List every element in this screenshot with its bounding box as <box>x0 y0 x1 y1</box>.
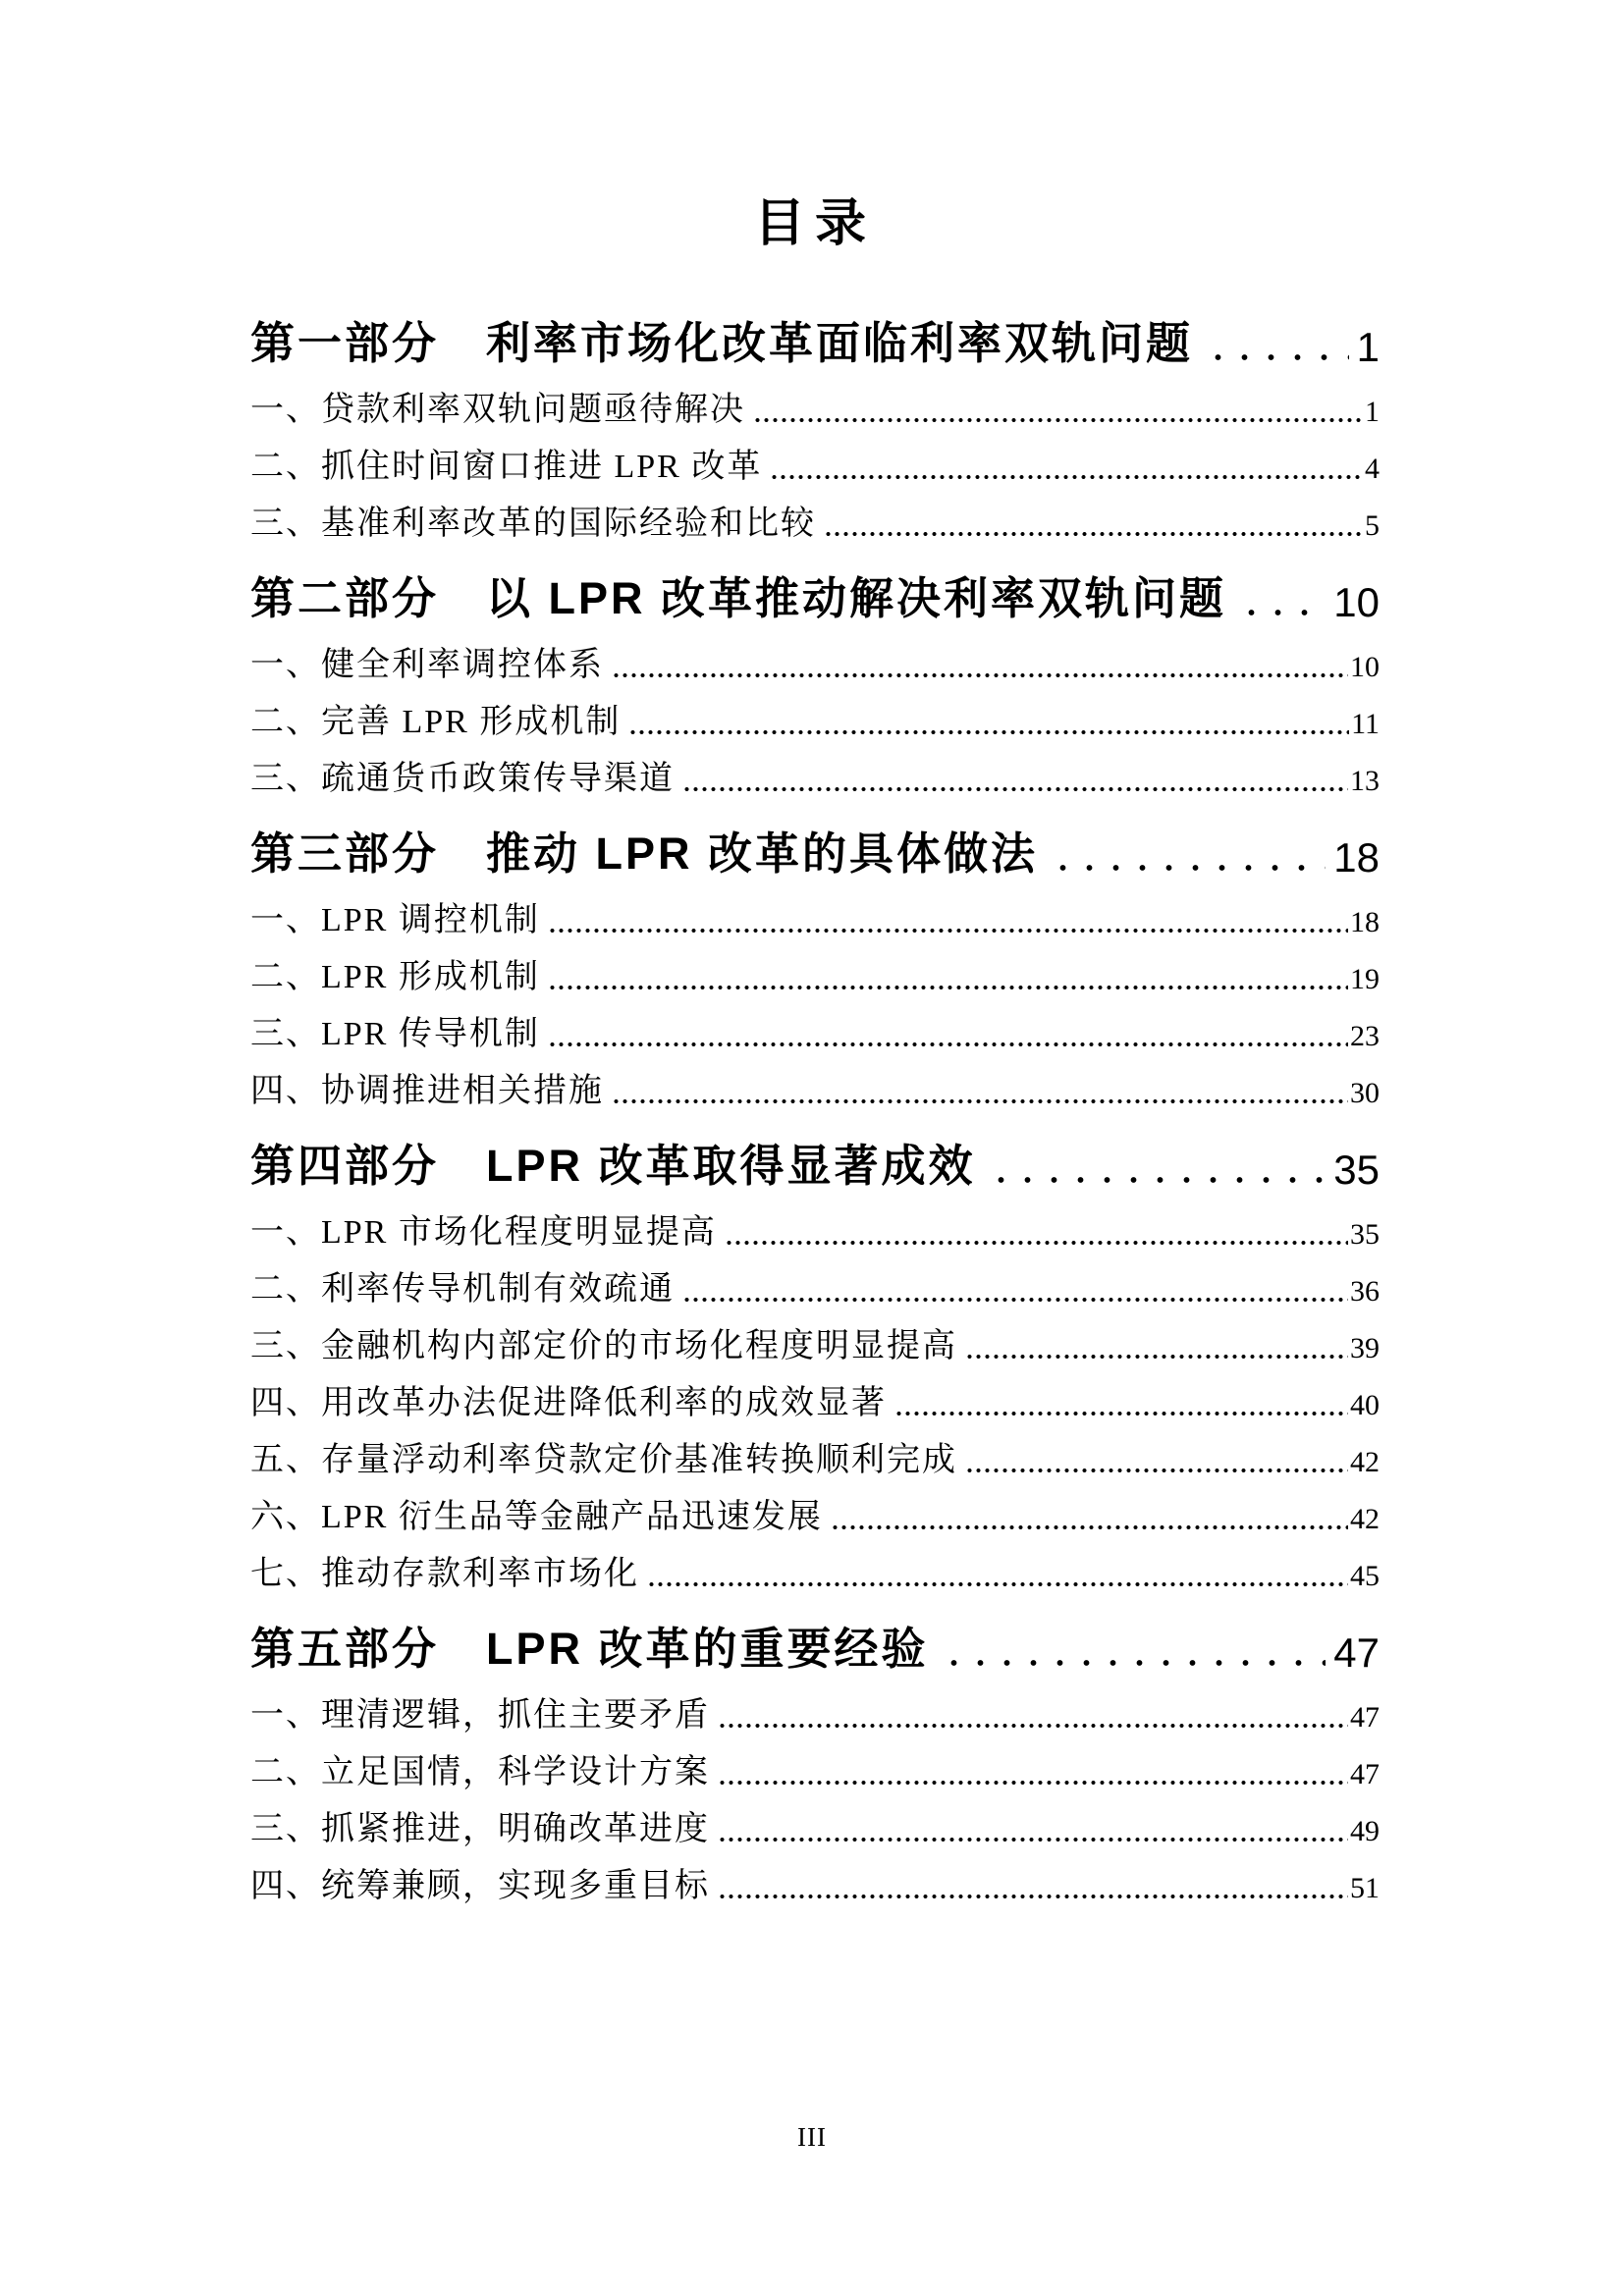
dot-leader <box>770 434 1363 491</box>
toc-item-page: 10 <box>1350 651 1380 689</box>
toc-item-label: 二、利率传导机制有效疏通 <box>250 1261 675 1313</box>
toc-item-label: 一、理清逻辑，抓住主要矛盾 <box>250 1687 710 1739</box>
toc-item-page: 36 <box>1350 1275 1380 1313</box>
toc-section-heading: 第二部分 以 LPR 改革推动解决利率双轨问题 10 <box>250 563 1380 626</box>
toc-item: 四、统筹兼顾，实现多重目标 51 <box>250 1853 1380 1910</box>
toc-item-label: 三、金融机构内部定价的市场化程度明显提高 <box>250 1318 957 1370</box>
toc-item-page: 35 <box>1350 1218 1380 1256</box>
toc-item-label: 三、基准利率改革的国际经验和比较 <box>250 496 816 548</box>
toc-item: 四、用改革办法促进降低利率的成效显著 40 <box>250 1370 1380 1427</box>
toc-item: 四、协调推进相关措施 30 <box>250 1058 1380 1115</box>
toc-page: 目录 第一部分 利率市场化改革面临利率双轨问题 1 一、贷款利率双轨问题亟待解决… <box>250 0 1380 1910</box>
dot-leader <box>725 1200 1348 1256</box>
toc-item-label: 二、LPR 形成机制 <box>250 949 540 1001</box>
dot-leader <box>831 1484 1348 1541</box>
dot-leader <box>612 632 1348 689</box>
toc-item-page: 49 <box>1350 1815 1380 1853</box>
toc-item-page: 39 <box>1350 1332 1380 1370</box>
toc-item: 七、推动存款利率市场化 45 <box>250 1541 1380 1598</box>
toc-section-heading: 第五部分 LPR 改革的重要经验 47 <box>250 1614 1380 1677</box>
toc-item-page: 13 <box>1350 765 1380 803</box>
toc-section-items: 一、LPR 调控机制 18 二、LPR 形成机制 19 三、LPR 传导机制 2… <box>250 887 1380 1115</box>
toc-section-page: 35 <box>1333 1147 1380 1194</box>
toc-item-page: 45 <box>1350 1560 1380 1598</box>
toc-section-items: 一、贷款利率双轨问题亟待解决 1 二、抓住时间窗口推进 LPR 改革 4 三、基… <box>250 377 1380 548</box>
toc-section-items: 一、健全利率调控体系 10 二、完善 LPR 形成机制 11 三、疏通货币政策传… <box>250 632 1380 803</box>
toc-item-label: 一、健全利率调控体系 <box>250 637 604 689</box>
toc-item-label: 二、抓住时间窗口推进 LPR 改革 <box>250 439 762 491</box>
toc-item-page: 23 <box>1350 1020 1380 1058</box>
toc-section: 第二部分 以 LPR 改革推动解决利率双轨问题 10 一、健全利率调控体系 10… <box>250 563 1380 803</box>
toc-item-label: 三、疏通货币政策传导渠道 <box>250 751 675 803</box>
toc-item: 一、LPR 市场化程度明显提高 35 <box>250 1200 1380 1256</box>
toc-section: 第一部分 利率市场化改革面临利率双轨问题 1 一、贷款利率双轨问题亟待解决 1 … <box>250 308 1380 548</box>
toc-section-heading: 第三部分 推动 LPR 改革的具体做法 18 <box>250 819 1380 881</box>
toc-item: 一、贷款利率双轨问题亟待解决 1 <box>250 377 1380 434</box>
dot-leader <box>718 1853 1348 1910</box>
dot-leader <box>548 887 1348 944</box>
toc-section-page: 1 <box>1357 324 1380 371</box>
toc-item-label: 四、用改革办法促进降低利率的成效显著 <box>250 1375 887 1427</box>
toc-section-page: 18 <box>1333 834 1380 881</box>
toc-item: 二、抓住时间窗口推进 LPR 改革 4 <box>250 434 1380 491</box>
toc-item: 一、理清逻辑，抓住主要矛盾 47 <box>250 1682 1380 1739</box>
toc-section-heading: 第一部分 利率市场化改革面临利率双轨问题 1 <box>250 308 1380 371</box>
toc-item: 二、LPR 形成机制 19 <box>250 944 1380 1001</box>
toc-item-page: 30 <box>1350 1077 1380 1115</box>
toc-section-label: 第五部分 LPR 改革的重要经验 <box>250 1613 929 1677</box>
dot-leader <box>894 1370 1348 1427</box>
toc-item-page: 51 <box>1350 1872 1380 1910</box>
toc-item: 一、LPR 调控机制 18 <box>250 887 1380 944</box>
toc-item: 三、LPR 传导机制 23 <box>250 1001 1380 1058</box>
dot-leader <box>718 1739 1348 1796</box>
dot-leader <box>682 1256 1348 1313</box>
toc-item-page: 18 <box>1350 906 1380 944</box>
dot-leader <box>682 746 1348 803</box>
toc-item-page: 1 <box>1365 396 1380 434</box>
footer-page-number: III <box>0 2122 1624 2153</box>
toc-item-label: 三、LPR 传导机制 <box>250 1006 540 1058</box>
toc-list: 第一部分 利率市场化改革面临利率双轨问题 1 一、贷款利率双轨问题亟待解决 1 … <box>250 308 1380 1910</box>
dot-leader <box>628 689 1349 746</box>
toc-item: 一、健全利率调控体系 10 <box>250 632 1380 689</box>
toc-item: 六、LPR 衍生品等金融产品迅速发展 42 <box>250 1484 1380 1541</box>
toc-item-page: 11 <box>1351 708 1380 746</box>
toc-item-label: 一、LPR 市场化程度明显提高 <box>250 1204 717 1256</box>
toc-section: 第四部分 LPR 改革取得显著成效 35 一、LPR 市场化程度明显提高 35 … <box>250 1131 1380 1598</box>
toc-item-label: 一、LPR 调控机制 <box>250 892 540 944</box>
dot-leader <box>612 1058 1348 1115</box>
toc-item-label: 二、立足国情，科学设计方案 <box>250 1744 710 1796</box>
toc-item: 二、利率传导机制有效疏通 36 <box>250 1256 1380 1313</box>
toc-item-label: 四、协调推进相关措施 <box>250 1063 604 1115</box>
dot-leader <box>1050 819 1326 881</box>
toc-item: 三、基准利率改革的国际经验和比较 5 <box>250 491 1380 548</box>
toc-section-page: 10 <box>1333 579 1380 626</box>
toc-section-label: 第二部分 以 LPR 改革推动解决利率双轨问题 <box>250 562 1226 626</box>
toc-item-label: 一、贷款利率双轨问题亟待解决 <box>250 382 745 434</box>
toc-item: 三、抓紧推进，明确改革进度 49 <box>250 1796 1380 1853</box>
dot-leader <box>1238 563 1326 626</box>
toc-section-items: 一、LPR 市场化程度明显提高 35 二、利率传导机制有效疏通 36 三、金融机… <box>250 1200 1380 1598</box>
toc-item: 五、存量浮动利率贷款定价基准转换顺利完成 42 <box>250 1427 1380 1484</box>
dot-leader <box>1205 308 1349 371</box>
dot-leader <box>965 1313 1348 1370</box>
toc-item-label: 五、存量浮动利率贷款定价基准转换顺利完成 <box>250 1432 957 1484</box>
dot-leader <box>824 491 1363 548</box>
toc-section: 第五部分 LPR 改革的重要经验 47 一、理清逻辑，抓住主要矛盾 47 二、立… <box>250 1614 1380 1910</box>
toc-item-page: 40 <box>1350 1389 1380 1427</box>
dot-leader <box>965 1427 1348 1484</box>
toc-item-page: 42 <box>1350 1503 1380 1541</box>
toc-item-page: 47 <box>1350 1701 1380 1739</box>
dot-leader <box>988 1131 1326 1194</box>
toc-section-heading: 第四部分 LPR 改革取得显著成效 35 <box>250 1131 1380 1194</box>
toc-item-page: 19 <box>1350 963 1380 1001</box>
dot-leader <box>753 377 1363 434</box>
toc-item-page: 42 <box>1350 1446 1380 1484</box>
dot-leader <box>647 1541 1348 1598</box>
dot-leader <box>941 1614 1326 1677</box>
toc-item: 三、金融机构内部定价的市场化程度明显提高 39 <box>250 1313 1380 1370</box>
toc-item-page: 4 <box>1365 453 1380 491</box>
toc-item-page: 5 <box>1365 509 1380 548</box>
dot-leader <box>718 1682 1348 1739</box>
toc-item-page: 47 <box>1350 1758 1380 1796</box>
dot-leader <box>718 1796 1348 1853</box>
page-title: 目录 <box>250 192 1380 255</box>
dot-leader <box>548 944 1348 1001</box>
toc-item-label: 六、LPR 衍生品等金融产品迅速发展 <box>250 1489 823 1541</box>
toc-item: 二、立足国情，科学设计方案 47 <box>250 1739 1380 1796</box>
toc-section-label: 第四部分 LPR 改革取得显著成效 <box>250 1130 976 1194</box>
toc-section-label: 第三部分 推动 LPR 改革的具体做法 <box>250 818 1038 881</box>
toc-section-page: 47 <box>1333 1629 1380 1677</box>
toc-item: 二、完善 LPR 形成机制 11 <box>250 689 1380 746</box>
toc-item: 三、疏通货币政策传导渠道 13 <box>250 746 1380 803</box>
toc-section-items: 一、理清逻辑，抓住主要矛盾 47 二、立足国情，科学设计方案 47 三、抓紧推进… <box>250 1682 1380 1910</box>
toc-section: 第三部分 推动 LPR 改革的具体做法 18 一、LPR 调控机制 18 二、L… <box>250 819 1380 1115</box>
toc-section-label: 第一部分 利率市场化改革面临利率双轨问题 <box>250 307 1193 371</box>
toc-item-label: 三、抓紧推进，明确改革进度 <box>250 1801 710 1853</box>
toc-item-label: 二、完善 LPR 形成机制 <box>250 694 621 746</box>
dot-leader <box>548 1001 1348 1058</box>
toc-item-label: 七、推动存款利率市场化 <box>250 1546 639 1598</box>
toc-item-label: 四、统筹兼顾，实现多重目标 <box>250 1858 710 1910</box>
